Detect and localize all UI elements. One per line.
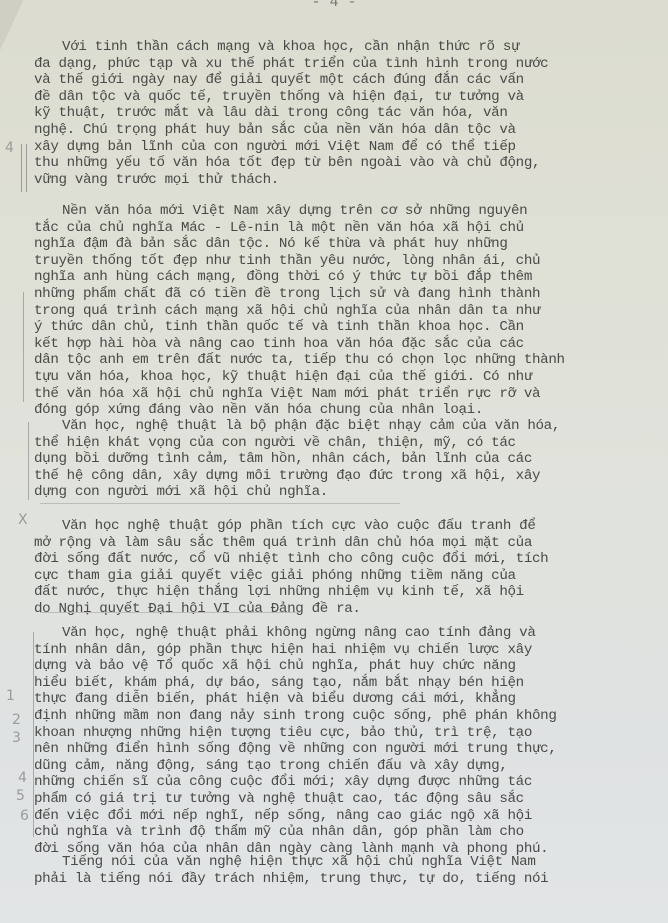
margin-note-4: 4 [5,140,14,156]
text-line: thế hệ công dân, xây dựng môi trường đạo… [34,468,664,485]
page-number: - 4 - [0,0,668,11]
text-line: nghệ. Chú trọng phát huy bản sắc của nền… [34,122,664,139]
text-line: chủ nghĩa và trình độ thẩm mỹ của nhân d… [34,824,664,841]
text-line: tựu văn hóa, khoa học, kỹ thuật hiện đại… [34,369,664,386]
pencil-divider [40,612,300,613]
text-line: đề dân tộc và quốc tế, truyền thống và h… [34,89,664,106]
text-line: đa dạng, phức tạp và xu thế phát triển c… [34,56,664,73]
text-line: nghĩa anh hùng cách mạng, đồng thời có ý… [34,269,664,286]
text-line: và thế giới ngày nay để giải quyết một c… [34,72,664,89]
margin-note-5: 5 [16,788,25,804]
text-line: kỹ thuật, trước mắt và lâu dài trong côn… [34,105,664,122]
margin-note-x: X [18,512,28,528]
margin-note-4b: 4 [18,770,27,786]
text-line: phải là tiếng nói đầy trách nhiệm, trung… [34,871,664,888]
text-line: thế văn hóa xã hội chủ nghĩa Việt Nam mớ… [34,386,664,403]
text-line: truyền thống tốt đẹp như tinh thần yêu n… [34,253,664,270]
text-line: Văn học, nghệ thuật phải không ngừng nân… [34,625,664,642]
text-line: phẩm có giá trị tư tưởng và nghệ thuật c… [34,791,664,808]
text-line: thu những yếu tố văn hóa tốt đẹp từ bên … [34,155,664,172]
text-line: do Nghị quyết Đại hội VI của Đảng đề ra. [34,601,664,618]
text-line: cực tham gia giải quyết việc giải phóng … [34,568,664,585]
text-line: xây dựng bản lĩnh của con người mới Việt… [34,139,664,156]
margin-note-2: 2 [12,712,21,728]
text-line: đến việc đổi mới nếp nghĩ, nếp sống, nân… [34,808,664,825]
text-line: đóng góp xứng đáng vào nền văn hóa chung… [34,402,664,419]
text-line: định những mầm non đang nảy sinh trong c… [34,708,664,725]
margin-line-para2 [23,292,24,402]
paragraph-5: Văn học, nghệ thuật phải không ngừng nân… [34,625,664,857]
text-line: dựng con người mới xã hội chủ nghĩa. [34,484,664,501]
pencil-divider [40,503,400,504]
text-line: thể hiện khát vọng của con người về chân… [34,435,664,452]
text-line: những chiến sĩ của công cuộc đổi mới; xâ… [34,774,664,791]
margin-bracket-double [21,144,27,192]
text-line: Nền văn hóa mới Việt Nam xây dựng trên c… [34,203,664,220]
text-line: dụng bồi dưỡng tình cảm, tâm hồn, nhân c… [34,451,664,468]
text-line: nghĩa đậm đà bản sắc dân tộc. Nó kế thừa… [34,236,664,253]
text-line: kết hợp hài hòa và nâng cao tinh hoa văn… [34,336,664,353]
text-line: trong quá trình cách mạng xã hội chủ ngh… [34,303,664,320]
text-line: Văn học nghệ thuật góp phần tích cực vào… [34,518,664,535]
margin-note-6: 6 [20,808,29,824]
text-line: nên những điển hình sống động về những c… [34,741,664,758]
text-line: đất nước, thực hiện thắng lợi những nhiệ… [34,584,664,601]
text-line: ý thức dân chủ, tinh thần quốc tế và tin… [34,319,664,336]
text-line: dân tộc anh em trên đất nước ta, tiếp th… [34,352,664,369]
text-line: thực đang diễn biến, phát hiện và biểu d… [34,691,664,708]
margin-line-para5 [33,632,34,837]
text-line: khoan nhượng những hiện tượng tiêu cực, … [34,725,664,742]
text-line: dựng và bảo vệ Tổ quốc xã hội chủ nghĩa,… [34,658,664,675]
paragraph-4: Văn học nghệ thuật góp phần tích cực vào… [34,518,664,618]
paragraph-6: Tiếng nói của văn nghệ hiện thực xã hội … [34,854,664,887]
text-line: mở rộng và làm sâu sắc thêm quá trình dâ… [34,535,664,552]
margin-line-para3 [28,422,29,500]
text-line: Tiếng nói của văn nghệ hiện thực xã hội … [34,854,664,871]
paragraph-1: Với tinh thần cách mạng và khoa học, cần… [34,39,664,188]
text-line: dũng cảm, năng động, sáng tạo trong chiế… [34,758,664,775]
paragraph-2: Nền văn hóa mới Việt Nam xây dựng trên c… [34,203,664,419]
text-line: tắc của chủ nghĩa Mác - Lê-nin là một nề… [34,220,664,237]
text-line: vững vàng trước mọi thử thách. [34,172,664,189]
text-line: đời sống đất nước, cổ vũ nhiệt tình cho … [34,551,664,568]
text-line: Với tinh thần cách mạng và khoa học, cần… [34,39,664,56]
paragraph-3: Văn học, nghệ thuật là bộ phận đặc biệt … [34,418,664,501]
text-line: những phẩm chất đã có tiền đề trong lịch… [34,286,664,303]
margin-note-3: 3 [12,730,21,746]
margin-note-1: 1 [6,688,15,704]
text-line: Văn học, nghệ thuật là bộ phận đặc biệt … [34,418,664,435]
text-line: hiểu biết, khám phá, dự báo, sáng tạo, n… [34,675,664,692]
text-line: tính nhân dân, góp phần thực hiện hai nh… [34,642,664,659]
